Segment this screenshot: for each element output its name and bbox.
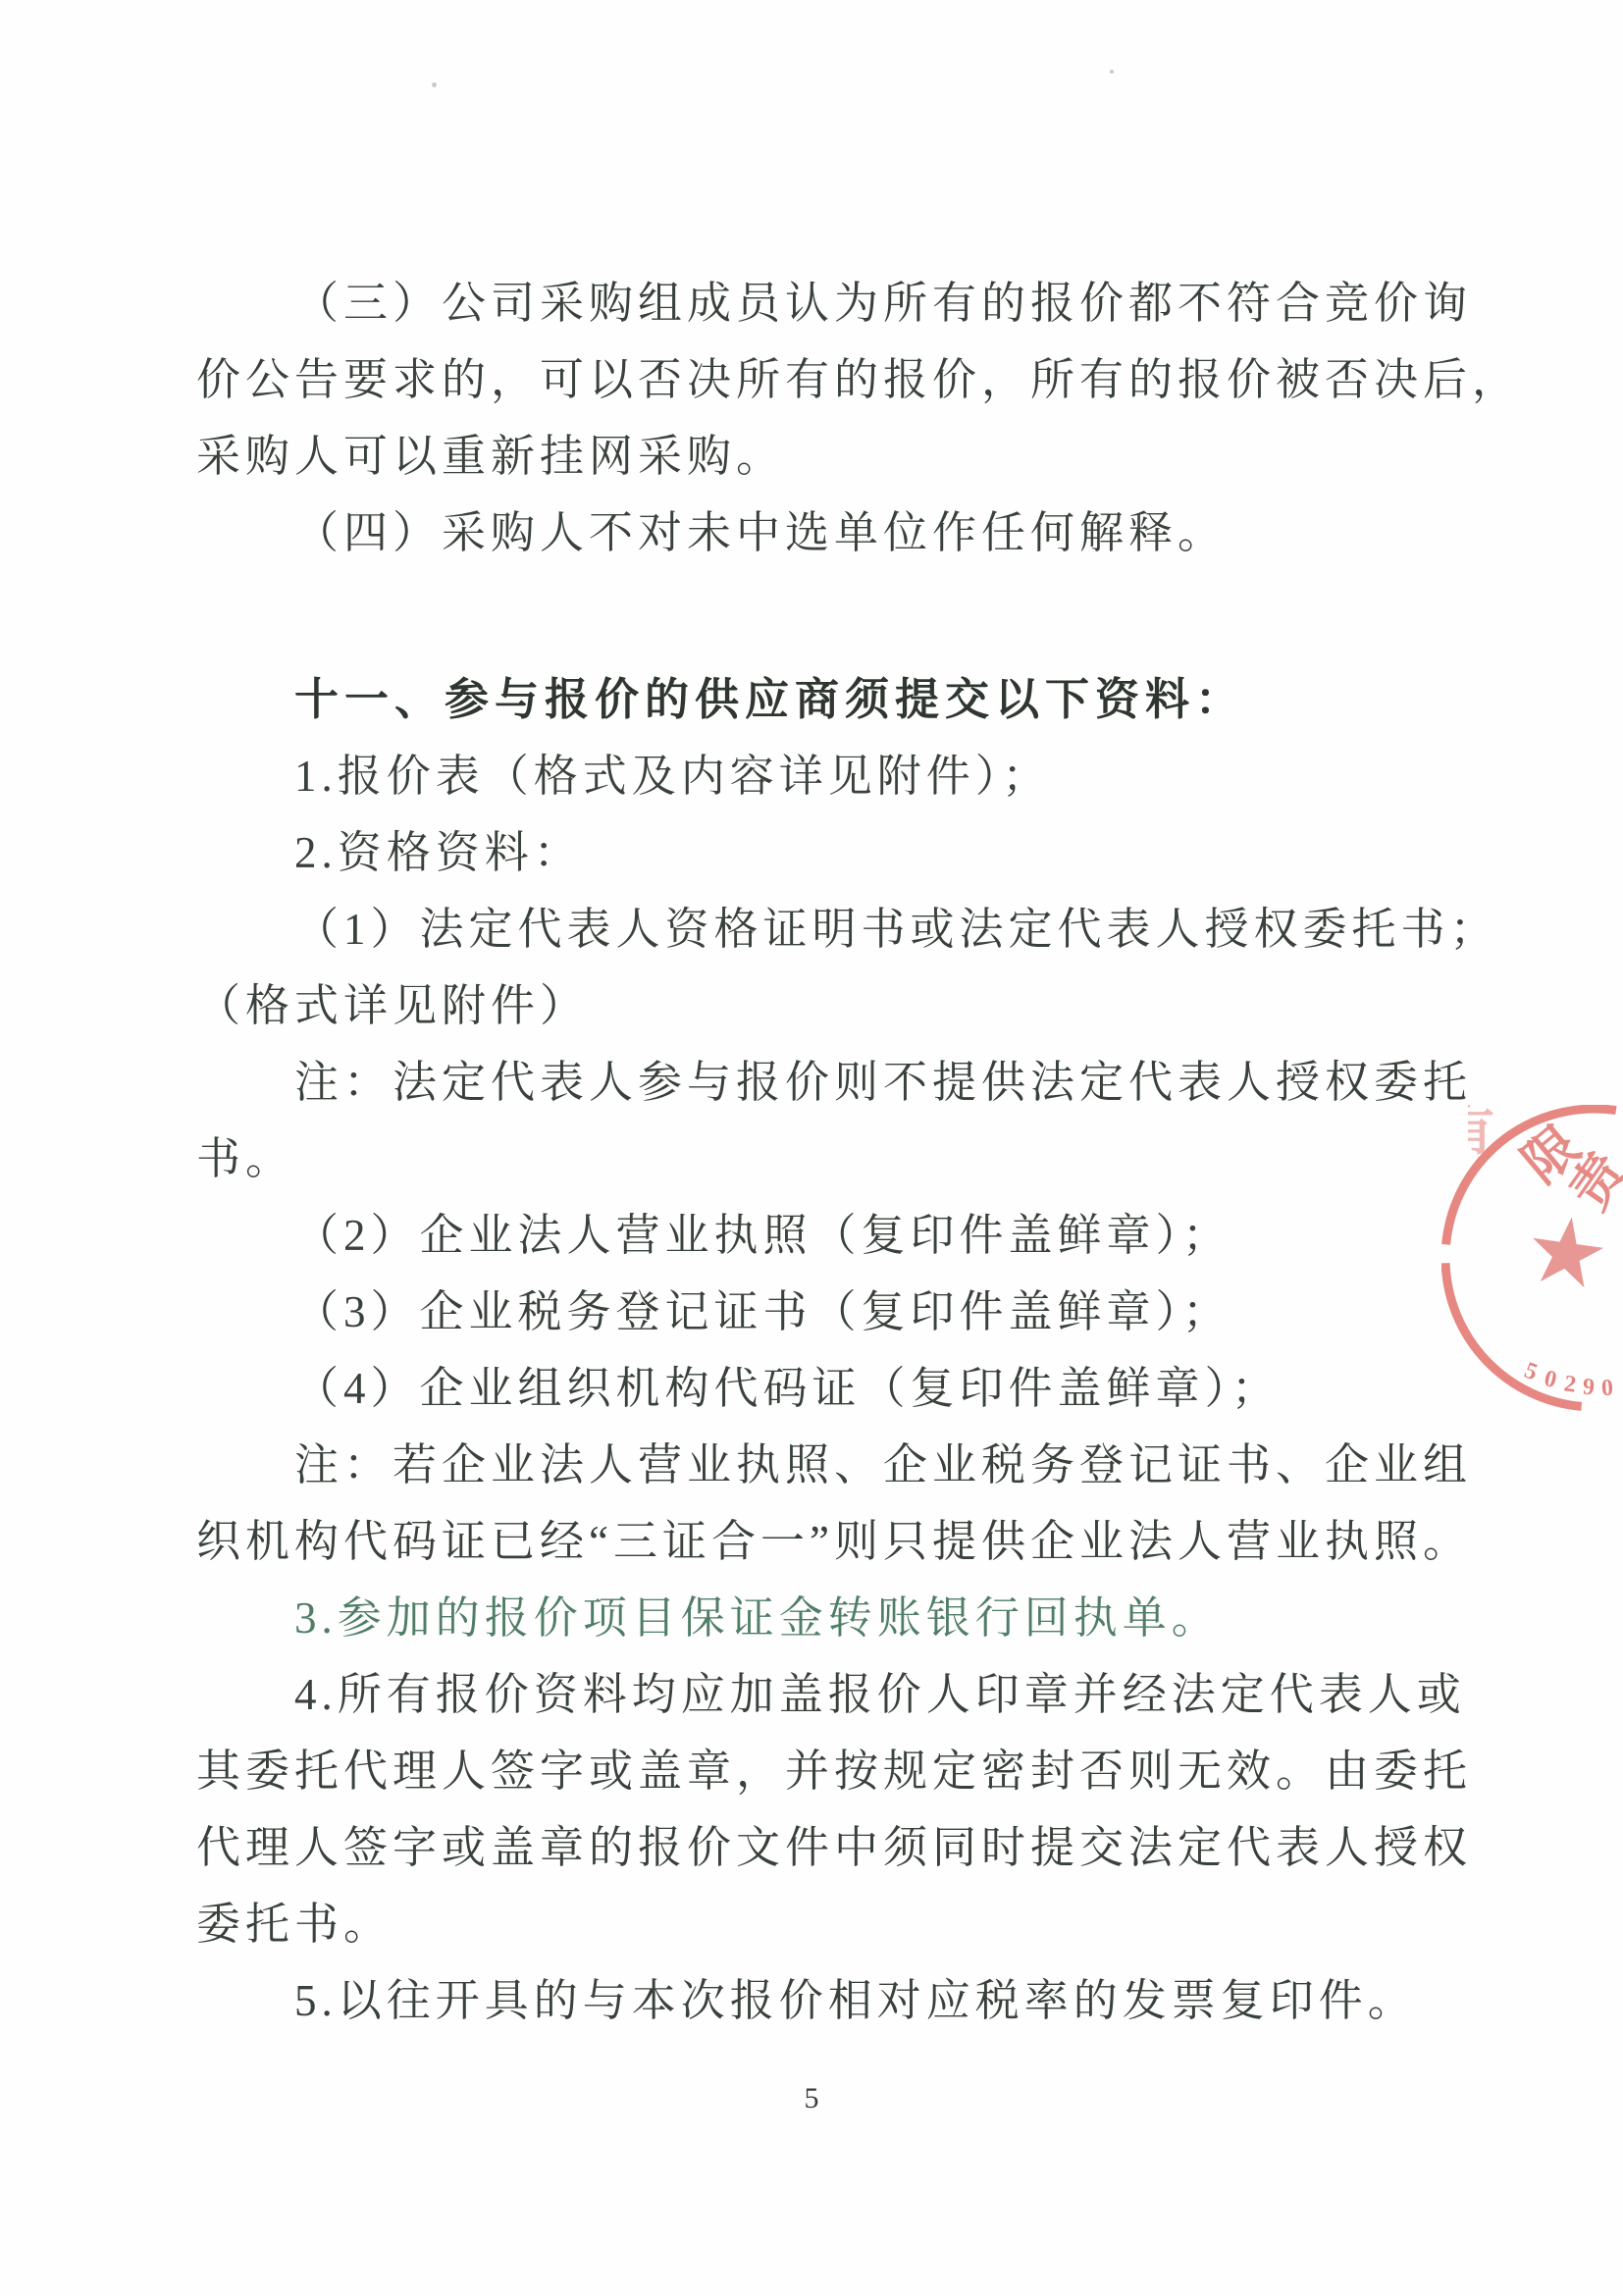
document-body: （三）公司采购组成员认为所有的报价都不符合竞价询 价公告要求的，可以否决所有的报… bbox=[196, 265, 1482, 2039]
highlighted-text-line: 3.参加的报价项目保证金转账银行回执单。 bbox=[196, 1580, 1482, 1656]
text-line: 4.所有报价资料均应加盖报价人印章并经法定代表人或 bbox=[196, 1656, 1482, 1733]
text-line: （格式详见附件） bbox=[196, 967, 1482, 1044]
scanned-document-page: （三）公司采购组成员认为所有的报价都不符合竞价询 价公告要求的，可以否决所有的报… bbox=[0, 0, 1623, 2296]
scan-speck bbox=[432, 82, 437, 87]
text-line: （1）法定代表人资格证明书或法定代表人授权委托书； bbox=[196, 891, 1482, 967]
text-line: （2）企业法人营业执照（复印件盖鲜章）； bbox=[196, 1197, 1482, 1274]
paragraph-gap bbox=[196, 571, 1482, 661]
text-line: （4）企业组织机构代码证（复印件盖鲜章）； bbox=[196, 1350, 1482, 1427]
text-line: 注：法定代表人参与报价则不提供法定代表人授权委托 bbox=[196, 1044, 1482, 1121]
text-line: 价公告要求的，可以否决所有的报价，所有的报价被否决后， bbox=[196, 341, 1482, 418]
text-line: 1.报价表（格式及内容详见附件）； bbox=[196, 738, 1482, 814]
text-line: 5.以往开具的与本次报价相对应税率的发票复印件。 bbox=[196, 1962, 1482, 2039]
section-heading: 十一、参与报价的供应商须提交以下资料： bbox=[196, 661, 1482, 738]
company-seal-stamp: 有 限 责 ★ 5 0 2 9 0 bbox=[1441, 1105, 1623, 1411]
text-line: 代理人签字或盖章的报价文件中须同时提交法定代表人授权 bbox=[196, 1809, 1482, 1886]
scan-speck bbox=[1110, 70, 1114, 74]
text-line: 其委托代理人签字或盖章，并按规定密封否则无效。由委托 bbox=[196, 1733, 1482, 1809]
seal-star-icon: ★ bbox=[1519, 1202, 1615, 1306]
page-number: 5 bbox=[0, 2082, 1623, 2115]
text-line: 委托书。 bbox=[196, 1886, 1482, 1962]
text-line: 采购人可以重新挂网采购。 bbox=[196, 418, 1482, 495]
text-line: （三）公司采购组成员认为所有的报价都不符合竞价询 bbox=[196, 265, 1482, 341]
text-line: 2.资格资料： bbox=[196, 814, 1482, 891]
text-line: 织机构代码证已经“三证合一”则只提供企业法人营业执照。 bbox=[196, 1503, 1482, 1580]
seal-serial-digit: 9 bbox=[1582, 1376, 1595, 1400]
text-line: （四）采购人不对未中选单位作任何解释。 bbox=[196, 495, 1482, 571]
seal-serial-digit: 0 bbox=[1600, 1377, 1613, 1401]
text-line: （3）企业税务登记证书（复印件盖鲜章）； bbox=[196, 1274, 1482, 1350]
text-line: 注：若企业法人营业执照、企业税务登记证书、企业组 bbox=[196, 1427, 1482, 1503]
text-line: 书。 bbox=[196, 1121, 1482, 1197]
